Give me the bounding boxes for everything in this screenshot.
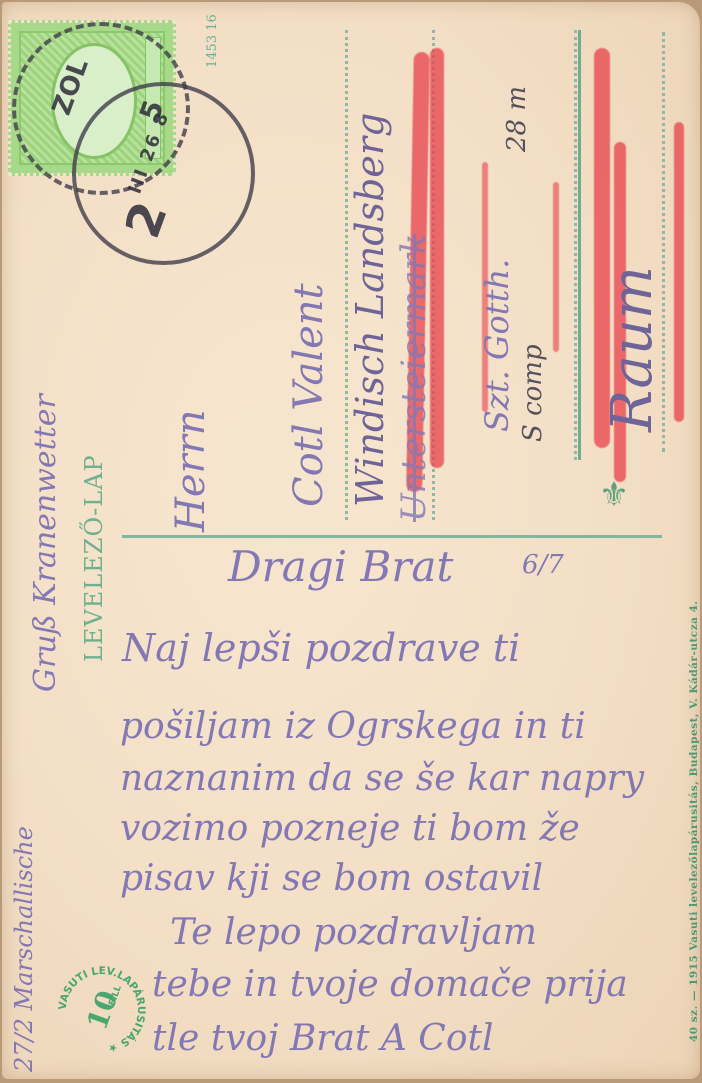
address-divider — [122, 535, 662, 538]
address-forward-2: Raum — [600, 266, 665, 432]
postcard: LEVELEZŐ-LAP 1453 16 ⚜ 40 sz. — 1915 Vas… — [2, 2, 700, 1079]
red-crayon-mark — [553, 182, 559, 352]
address-place: Windisch Landsberg — [348, 113, 392, 507]
message-greeting: Dragi Brat — [228, 542, 453, 591]
address-guide-solid — [578, 30, 581, 460]
address-crossed-line: Untersteiermark — [394, 234, 434, 522]
message-line: Naj lepši pozdrave ti — [122, 626, 520, 670]
message-line: tebe in tvoje domače prija — [152, 964, 628, 1005]
address-name: Cotl Valent — [286, 283, 332, 507]
serial-number: 1453 16 — [205, 14, 220, 68]
sender-line-1: Gruß Kranenwetter — [28, 394, 63, 692]
address-guide-line — [574, 30, 577, 460]
price-seal-icon: VASUTI LEV.LAPÁRUSITÁS ★ 10 FILL — [54, 962, 150, 1058]
message-signature: tle tvoj Brat A Cotl — [152, 1018, 494, 1059]
publisher-logo-icon: ⚜ — [579, 474, 649, 516]
publisher-imprint: 40 sz. — 1915 Vasuti levelezőlapárusitás… — [688, 600, 700, 1042]
message-line: pošiljam iz Ogrskega in ti — [120, 706, 586, 747]
card-title: LEVELEZŐ-LAP — [80, 454, 108, 662]
address-salutation: Herrn — [168, 409, 214, 532]
red-crayon-mark — [674, 122, 684, 422]
message-line: vozimo pozneje ti bom že — [120, 808, 580, 849]
pencil-note: 28 m — [502, 86, 532, 152]
message-line: naznanim da se še kar napry — [120, 758, 644, 799]
message-line: pisav kji se bom ostavil — [120, 858, 543, 899]
sender-line-2: 27/2 Marschallische — [10, 826, 38, 1072]
pencil-note: S comp — [518, 344, 548, 442]
address-forward-1: Szt. Gotth. — [478, 259, 516, 432]
price-seal: VASUTI LEV.LAPÁRUSITÁS ★ 10 FILL — [54, 962, 150, 1058]
message-line: Te lepo pozdravljam — [170, 912, 537, 953]
message-date: 6/7 — [522, 550, 564, 580]
